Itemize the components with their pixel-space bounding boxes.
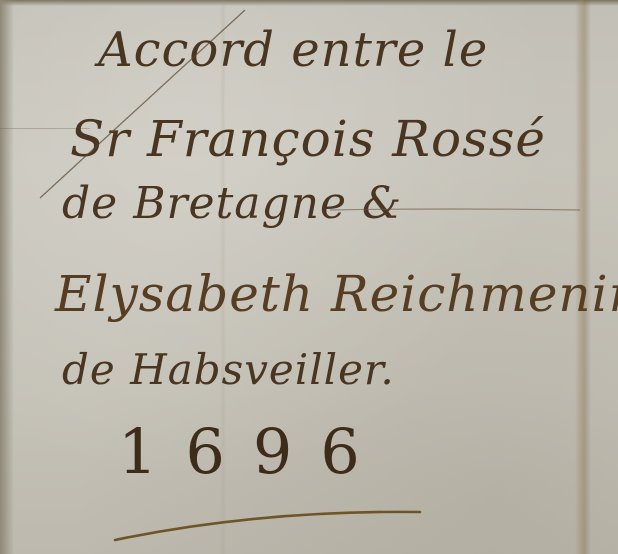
manuscript-page: Accord entre le Sr François Rossé de Bre… xyxy=(0,0,618,554)
ink-strokes xyxy=(0,0,618,554)
